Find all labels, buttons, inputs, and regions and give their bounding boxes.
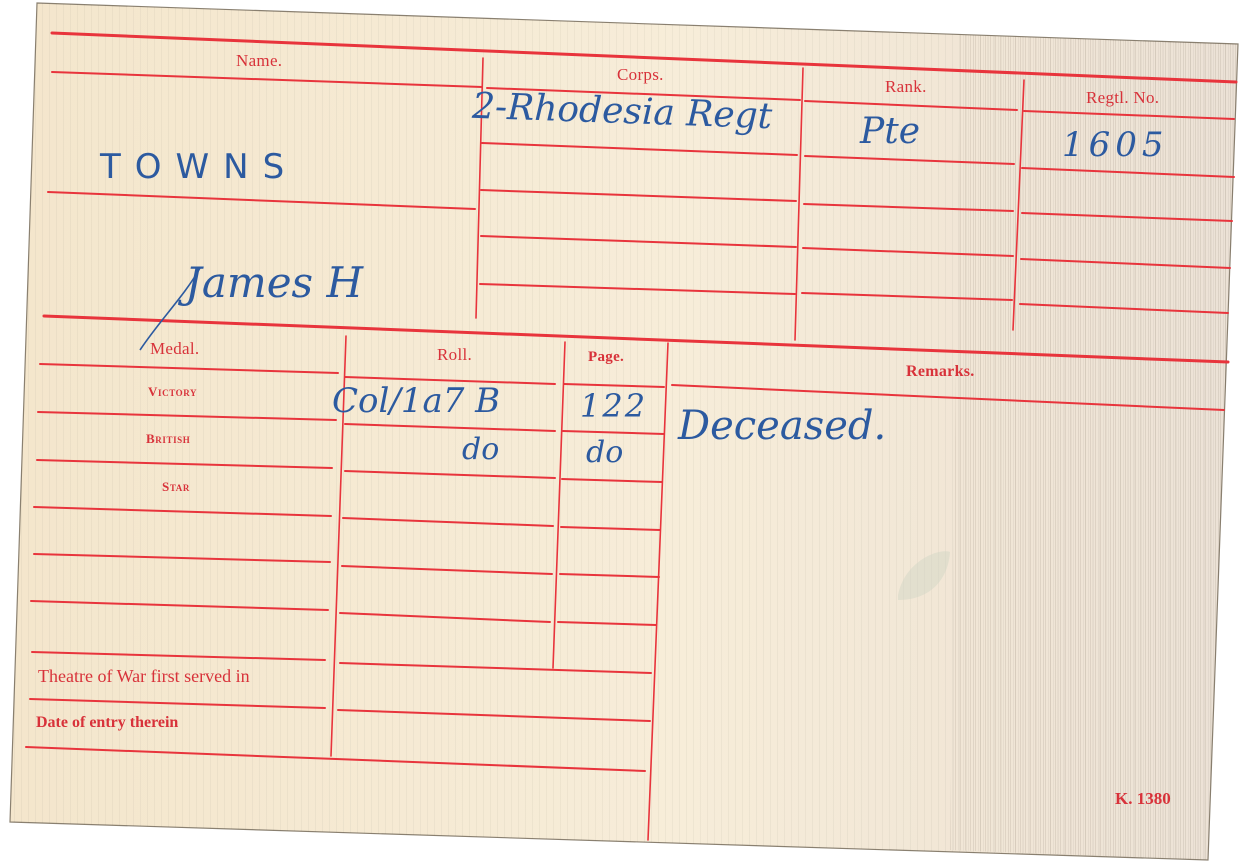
rank-label: Rank. — [885, 78, 927, 95]
form-number-text: K. 1380 — [1115, 789, 1171, 808]
corps-value: 2-Rhodesia Regt — [471, 89, 772, 135]
page-label: Page. — [588, 350, 624, 365]
page-value-british: do — [586, 438, 623, 468]
forenames-value: James H — [185, 262, 363, 304]
medal-index-card: Name. Corps. Rank. Regtl. No. TOWNS Jame… — [0, 0, 1245, 867]
roll-value-british: do — [462, 435, 499, 465]
medal-row-british-label: British — [146, 432, 190, 445]
medal-row-victory-label: Victory — [148, 385, 197, 398]
page-value-victory: 122 — [580, 390, 647, 422]
medal-row-star-label: Star — [162, 480, 190, 493]
regtl-no-label: Regtl. No. — [1086, 89, 1159, 106]
remarks-value: Deceased. — [678, 406, 886, 446]
surname-value: TOWNS — [100, 150, 298, 184]
roll-value-victory: Col/1a7 B — [332, 384, 500, 418]
roll-label: Roll. — [437, 346, 472, 363]
name-label: Name. — [236, 52, 282, 69]
corps-label: Corps. — [617, 66, 664, 83]
remarks-label: Remarks. — [906, 364, 975, 380]
rank-value: Pte — [860, 114, 920, 150]
medal-label: Medal. — [150, 340, 199, 357]
form-number: K. 1380 — [1115, 790, 1171, 807]
date-of-entry-label: Date of entry therein — [36, 715, 178, 731]
theatre-of-war-label: Theatre of War first served in — [38, 667, 250, 685]
regtl-no-value: 1605 — [1062, 128, 1169, 162]
